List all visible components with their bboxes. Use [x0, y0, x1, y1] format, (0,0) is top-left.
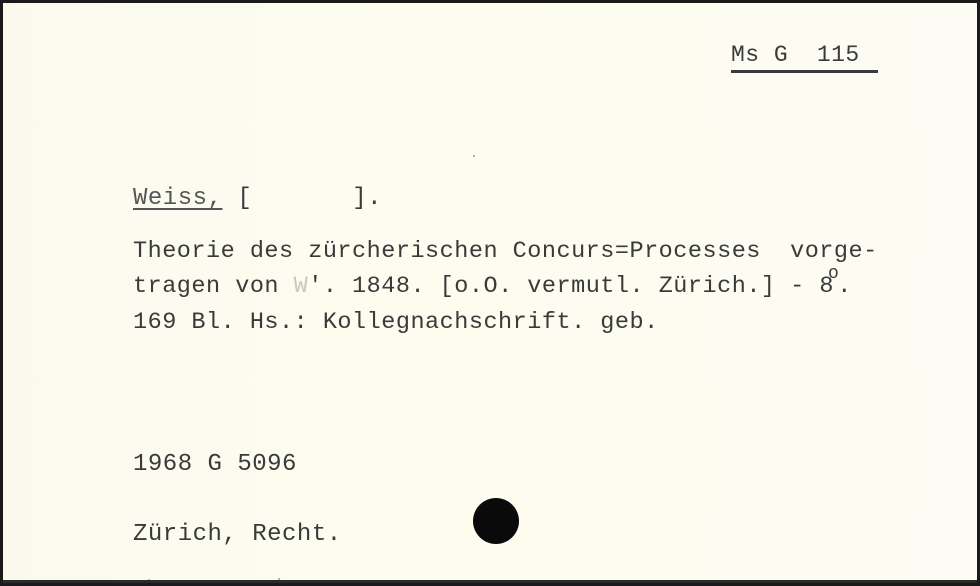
catalog-card: Ms G 115 Weiss, []. Theorie des zürcheri… [3, 3, 977, 583]
title-line-1: Theorie des zürcherischen Concurs=Proces… [133, 240, 878, 264]
subject-heading: Zürich, Recht. [133, 523, 342, 547]
imprint-text: '. 1848. [o.O. vermutl. Zürich.] - 8 [308, 273, 834, 300]
author-bracket-open: [ [237, 185, 252, 212]
shelfmark: Ms G 115 [731, 44, 860, 67]
author-heading: Weiss, []. [133, 187, 382, 211]
accession-number: 1968 G 5096 [133, 453, 297, 477]
author-name: Weiss, [133, 185, 222, 212]
title-line-2: tragen von W'. 1848. [o.O. vermutl. Züri… [133, 275, 852, 299]
title-line-3: 169 Bl. Hs.: Kollegnachschrift. geb. [133, 311, 659, 335]
punch-hole [473, 498, 519, 544]
format-superscript: o [828, 264, 839, 284]
title-line-2-start: tragen von [133, 273, 294, 300]
paper-speck [473, 155, 475, 157]
author-bracket-close: ]. [352, 185, 382, 212]
editor-initial-faint: W [294, 273, 309, 300]
paper-speck [148, 579, 150, 581]
paper-speck [278, 578, 280, 580]
shelfmark-underline [731, 70, 878, 73]
format-trailing: . [837, 273, 852, 300]
